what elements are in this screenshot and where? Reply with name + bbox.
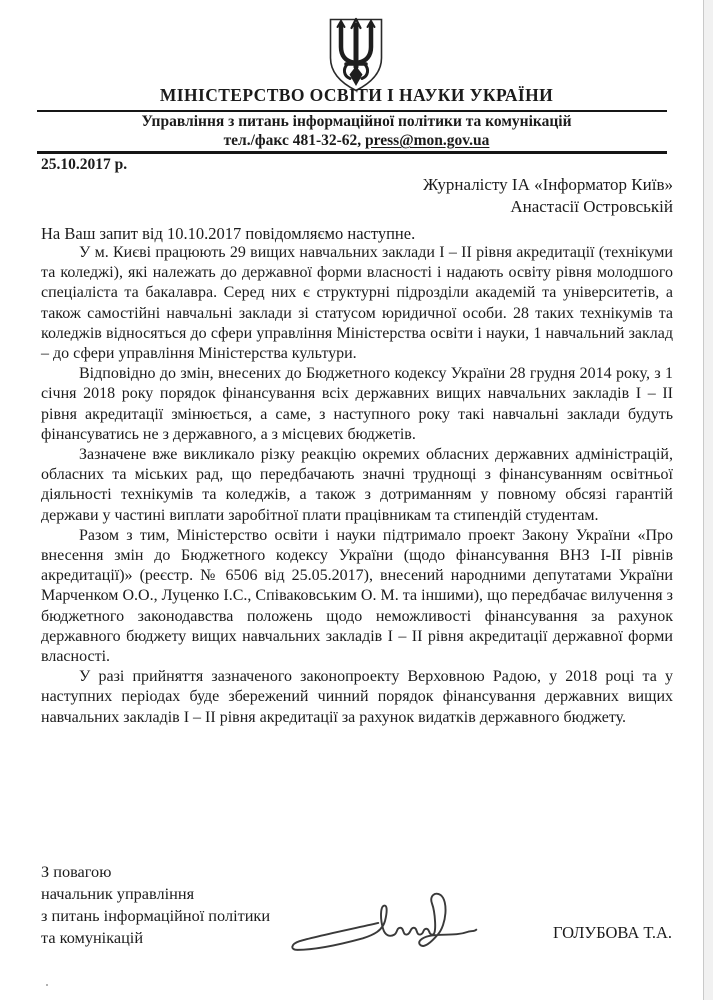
closing-line-1: З повагою (41, 861, 270, 883)
letter-body: У м. Києві працюють 29 вищих навчальних … (41, 243, 673, 728)
phone-fax-text: тел./факс 481-32-62, (224, 132, 362, 149)
addressee-line-1: Журналісту ІА «Інформатор Київ» (253, 174, 673, 196)
header-rule-bottom (37, 151, 667, 154)
body-paragraph-3: Зазначене вже викликало різку реакцію ок… (41, 445, 673, 526)
handwritten-signature-icon (286, 886, 483, 958)
ukraine-trident-coat-of-arms-icon (327, 16, 385, 94)
signer-name: ГОЛУБОВА Т.А. (553, 923, 672, 943)
closing-line-2: начальник управління (41, 883, 270, 905)
letter-date: 25.10.2017 р. (41, 156, 127, 174)
scan-page-edge-strip (704, 0, 713, 1000)
ministry-name: МІНІСТЕРСТВО ОСВІТИ І НАУКИ УКРАЇНИ (0, 85, 713, 106)
body-paragraph-1: У м. Києві працюють 29 вищих навчальних … (41, 243, 673, 364)
header-rule-top (37, 110, 667, 112)
body-paragraph-2: Відповідно до змін, внесених до Бюджетно… (41, 364, 673, 445)
scanned-letter-page: МІНІСТЕРСТВО ОСВІТИ І НАУКИ УКРАЇНИ Упра… (0, 0, 713, 1000)
intro-line: На Ваш запит від 10.10.2017 повідомляємо… (41, 224, 415, 244)
body-paragraph-4: Разом з тим, Міністерство освіти і науки… (41, 526, 673, 667)
addressee-block: Журналісту ІА «Інформатор Київ» Анастасі… (253, 174, 673, 218)
scan-noise-dot (46, 984, 48, 986)
closing-line-3: з питань інформаційної політики (41, 905, 270, 927)
department-name: Управління з питань інформаційної політи… (0, 113, 713, 131)
contact-line: тел./факс 481-32-62, press@mon.gov.ua (0, 132, 713, 150)
closing-line-4: та комунікацій (41, 927, 270, 949)
addressee-line-2: Анастасії Островській (253, 196, 673, 218)
closing-block: З повагою начальник управління з питань … (41, 861, 270, 949)
email-text: press@mon.gov.ua (365, 132, 489, 149)
body-paragraph-5: У разі прийняття зазначеного законопроек… (41, 667, 673, 728)
